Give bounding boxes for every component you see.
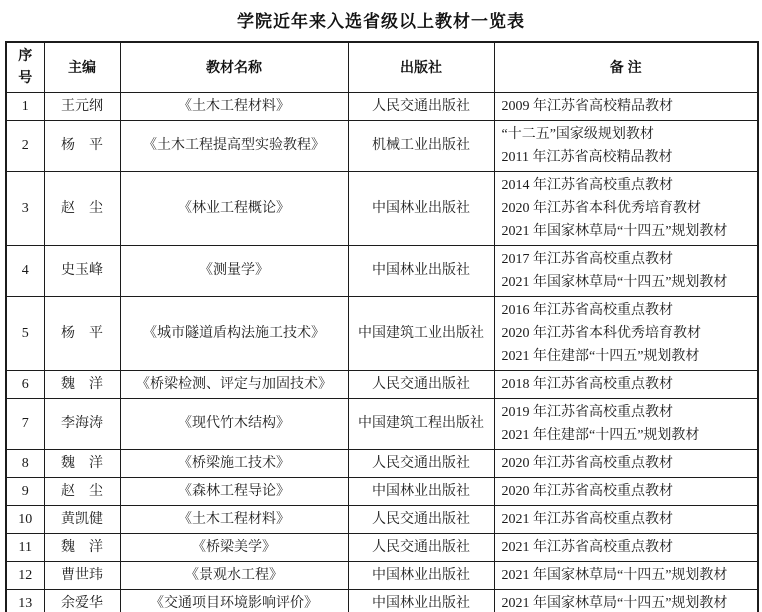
table-cell-book: 《桥梁美学》 <box>120 533 348 561</box>
table-cell-publisher: 人民交通出版社 <box>348 505 494 533</box>
table-cell-no: 3 <box>6 171 44 245</box>
textbook-table: 序号主编教材名称出版社备 注 1王元纲《土木工程材料》人民交通出版社2009 年… <box>5 41 759 612</box>
table-cell-editor: 魏 洋 <box>44 533 120 561</box>
column-header-editor: 主编 <box>44 42 120 92</box>
table-cell-book: 《景观水工程》 <box>120 561 348 589</box>
table-row: 2杨 平《土木工程提高型实验教程》机械工业出版社“十二五”国家级规划教材 201… <box>6 120 758 171</box>
table-cell-publisher: 人民交通出版社 <box>348 92 494 120</box>
table-cell-publisher: 人民交通出版社 <box>348 533 494 561</box>
table-cell-publisher: 中国林业出版社 <box>348 589 494 612</box>
page-title: 学院近年来入选省级以上教材一览表 <box>0 7 762 32</box>
table-cell-publisher: 人民交通出版社 <box>348 370 494 398</box>
table-cell-no: 12 <box>6 561 44 589</box>
table-row: 6魏 洋《桥梁检测、评定与加固技术》人民交通出版社2018 年江苏省高校重点教材 <box>6 370 758 398</box>
table-cell-no: 5 <box>6 296 44 370</box>
table-cell-publisher: 中国林业出版社 <box>348 477 494 505</box>
table-row: 3赵 尘《林业工程概论》中国林业出版社2014 年江苏省高校重点教材 2020 … <box>6 171 758 245</box>
table-cell-remarks: 2017 年江苏省高校重点教材 2021 年国家林草局“十四五”规划教材 <box>494 245 758 296</box>
table-cell-remarks: “十二五”国家级规划教材 2011 年江苏省高校精品教材 <box>494 120 758 171</box>
table-cell-editor: 黄凯健 <box>44 505 120 533</box>
table-cell-editor: 魏 洋 <box>44 370 120 398</box>
table-cell-book: 《土木工程材料》 <box>120 92 348 120</box>
table-row: 5杨 平《城市隧道盾构法施工技术》中国建筑工业出版社2016 年江苏省高校重点教… <box>6 296 758 370</box>
table-row: 4史玉峰《测量学》中国林业出版社2017 年江苏省高校重点教材 2021 年国家… <box>6 245 758 296</box>
table-cell-remarks: 2021 年江苏省高校重点教材 <box>494 505 758 533</box>
table-cell-remarks: 2021 年国家林草局“十四五”规划教材 <box>494 561 758 589</box>
column-header-remarks: 备 注 <box>494 42 758 92</box>
table-row: 9赵 尘《森林工程导论》中国林业出版社2020 年江苏省高校重点教材 <box>6 477 758 505</box>
table-cell-no: 6 <box>6 370 44 398</box>
table-cell-editor: 赵 尘 <box>44 171 120 245</box>
table-cell-no: 8 <box>6 449 44 477</box>
table-row: 12曹世玮《景观水工程》中国林业出版社2021 年国家林草局“十四五”规划教材 <box>6 561 758 589</box>
table-cell-remarks: 2014 年江苏省高校重点教材 2020 年江苏省本科优秀培育教材 2021 年… <box>494 171 758 245</box>
table-cell-book: 《现代竹木结构》 <box>120 398 348 449</box>
table-cell-editor: 杨 平 <box>44 296 120 370</box>
table-cell-remarks: 2009 年江苏省高校精品教材 <box>494 92 758 120</box>
table-cell-book: 《城市隧道盾构法施工技术》 <box>120 296 348 370</box>
table-cell-book: 《交通项目环境影响评价》 <box>120 589 348 612</box>
table-cell-no: 11 <box>6 533 44 561</box>
table-cell-publisher: 中国林业出版社 <box>348 171 494 245</box>
table-cell-editor: 王元纲 <box>44 92 120 120</box>
table-row: 7李海涛《现代竹木结构》中国建筑工程出版社2019 年江苏省高校重点教材 202… <box>6 398 758 449</box>
table-cell-book: 《森林工程导论》 <box>120 477 348 505</box>
table-cell-book: 《林业工程概论》 <box>120 171 348 245</box>
column-header-publisher: 出版社 <box>348 42 494 92</box>
table-cell-publisher: 中国建筑工程出版社 <box>348 398 494 449</box>
table-cell-remarks: 2016 年江苏省高校重点教材 2020 年江苏省本科优秀培育教材 2021 年… <box>494 296 758 370</box>
table-header: 序号主编教材名称出版社备 注 <box>6 42 758 92</box>
table-cell-book: 《土木工程材料》 <box>120 505 348 533</box>
table-row: 10黄凯健《土木工程材料》人民交通出版社2021 年江苏省高校重点教材 <box>6 505 758 533</box>
table-cell-publisher: 中国林业出版社 <box>348 561 494 589</box>
table-cell-remarks: 2019 年江苏省高校重点教材 2021 年住建部“十四五”规划教材 <box>494 398 758 449</box>
column-header-book: 教材名称 <box>120 42 348 92</box>
table-cell-remarks: 2020 年江苏省高校重点教材 <box>494 449 758 477</box>
table-row: 1王元纲《土木工程材料》人民交通出版社2009 年江苏省高校精品教材 <box>6 92 758 120</box>
table-cell-book: 《桥梁施工技术》 <box>120 449 348 477</box>
table-cell-no: 10 <box>6 505 44 533</box>
table-cell-no: 9 <box>6 477 44 505</box>
table-cell-publisher: 机械工业出版社 <box>348 120 494 171</box>
table-cell-no: 13 <box>6 589 44 612</box>
column-header-no: 序号 <box>6 42 44 92</box>
table-cell-editor: 杨 平 <box>44 120 120 171</box>
table-body: 1王元纲《土木工程材料》人民交通出版社2009 年江苏省高校精品教材2杨 平《土… <box>6 92 758 612</box>
table-cell-book: 《土木工程提高型实验教程》 <box>120 120 348 171</box>
column-header-no-text: 序号 <box>18 45 33 88</box>
table-cell-remarks: 2018 年江苏省高校重点教材 <box>494 370 758 398</box>
table-cell-editor: 余爱华 <box>44 589 120 612</box>
table-cell-publisher: 中国林业出版社 <box>348 245 494 296</box>
table-header-row: 序号主编教材名称出版社备 注 <box>6 42 758 92</box>
table-cell-no: 1 <box>6 92 44 120</box>
table-cell-editor: 曹世玮 <box>44 561 120 589</box>
table-cell-remarks: 2021 年国家林草局“十四五”规划教材 <box>494 589 758 612</box>
document-page: 学院近年来入选省级以上教材一览表 序号主编教材名称出版社备 注 1王元纲《土木工… <box>0 0 762 612</box>
table-cell-remarks: 2021 年江苏省高校重点教材 <box>494 533 758 561</box>
table-row: 8魏 洋《桥梁施工技术》人民交通出版社2020 年江苏省高校重点教材 <box>6 449 758 477</box>
table-row: 11魏 洋《桥梁美学》人民交通出版社2021 年江苏省高校重点教材 <box>6 533 758 561</box>
table-cell-editor: 赵 尘 <box>44 477 120 505</box>
table-cell-publisher: 人民交通出版社 <box>348 449 494 477</box>
table-row: 13余爱华《交通项目环境影响评价》中国林业出版社2021 年国家林草局“十四五”… <box>6 589 758 612</box>
table-cell-book: 《测量学》 <box>120 245 348 296</box>
table-cell-editor: 李海涛 <box>44 398 120 449</box>
table-cell-publisher: 中国建筑工业出版社 <box>348 296 494 370</box>
table-cell-no: 7 <box>6 398 44 449</box>
table-cell-editor: 史玉峰 <box>44 245 120 296</box>
table-cell-no: 2 <box>6 120 44 171</box>
table-cell-book: 《桥梁检测、评定与加固技术》 <box>120 370 348 398</box>
table-cell-no: 4 <box>6 245 44 296</box>
table-cell-editor: 魏 洋 <box>44 449 120 477</box>
table-cell-remarks: 2020 年江苏省高校重点教材 <box>494 477 758 505</box>
